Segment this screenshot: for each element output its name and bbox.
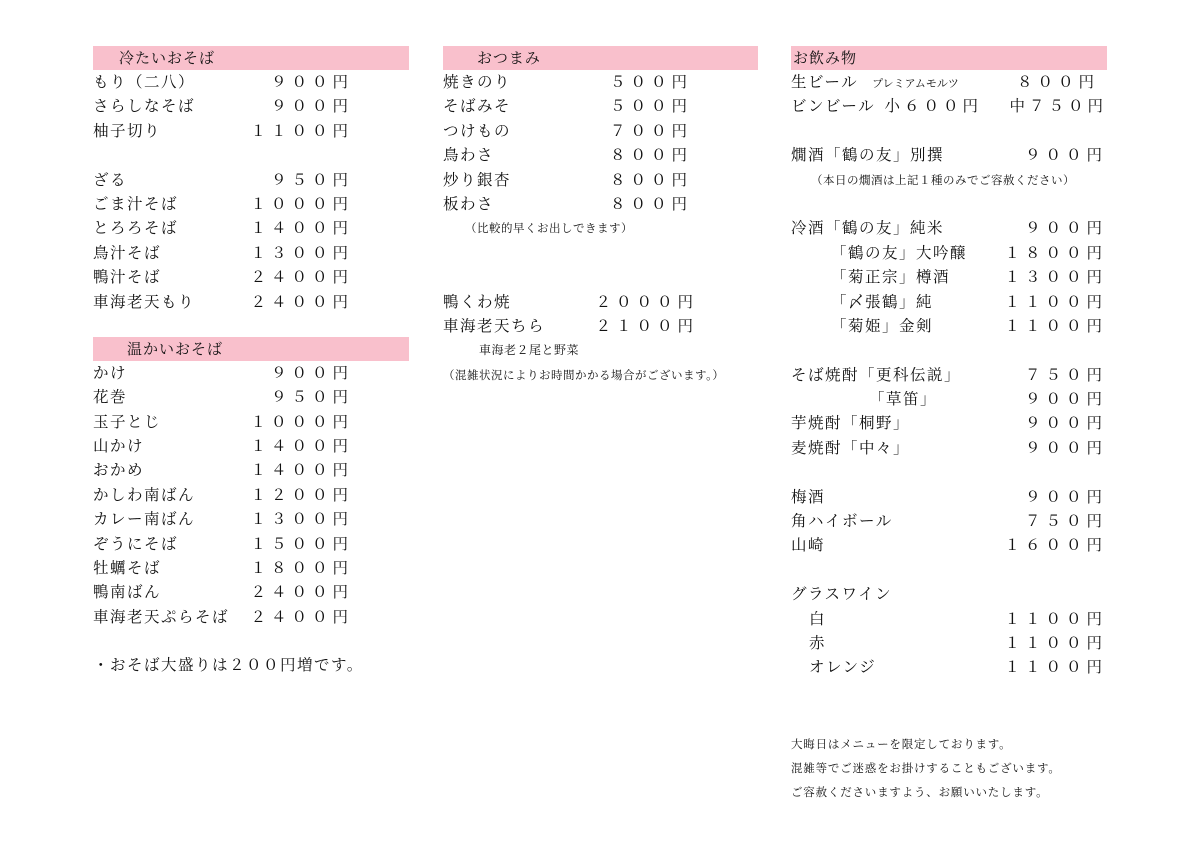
menu-item: 鳥わさ８００円 [443,143,758,167]
menu-item: 「鶴の友」大吟醸１８００円 [791,241,1107,265]
item-price: ８００円 [1017,70,1099,94]
menu-item: ビンビール 小６００円 中７５０円 [791,94,1107,118]
item-name: そばみそ [443,94,511,118]
item-name: 芋焼酎「桐野」 [791,411,910,435]
item-price: ２４００円 [250,265,353,289]
item-price: ８００円 [610,168,692,192]
menu-item: つけもの７００円 [443,119,758,143]
spacer [791,680,1107,732]
item-name: 生ビールプレミアムモルツ [791,70,959,96]
item-price: １１００円 [1004,314,1107,338]
menu-item: 鴨南ばん２４００円 [93,580,409,604]
menu-item: ぞうにそば１５００円 [93,532,409,556]
item-name: 車海老天もり [93,290,195,314]
item-price: ５００円 [610,94,692,118]
column-otsumami: おつまみ 焼きのり５００円 そばみそ５００円 つけもの７００円 鳥わさ８００円 … [443,46,758,387]
item-price: ７５０円 [1025,509,1107,533]
item-price: １１００円 [250,119,353,143]
item-price: ７００円 [610,119,692,143]
menu-item: 鳥汁そば１３００円 [93,241,409,265]
item-name: 鴨汁そば [93,265,161,289]
spacer [93,314,409,337]
item-price: ５００円 [610,70,692,94]
item-name: さらしなそば [93,94,195,118]
spacer [443,241,758,290]
item-price: １１００円 [1004,631,1107,655]
item-name: 鳥汁そば [93,241,161,265]
menu-item: 車海老天もり２４００円 [93,290,409,314]
menu-item: 花巻９５０円 [93,385,409,409]
item-price-small: 小６００円 [884,94,982,118]
wait-time-note: （混雑状況によりお時間かかる場合がございます。） [443,363,733,387]
item-price: ９００円 [1025,143,1107,167]
spacer [791,558,1107,582]
item-name: ごま汁そば [93,192,178,216]
menu-item: 生ビールプレミアムモルツ ８００円 [791,70,1107,94]
item-price: ８００円 [610,192,692,216]
section-title: 冷たいおそば [119,49,215,67]
quick-serve-note: （比較的早くお出しできます） [443,216,758,240]
item-name: かしわ南ばん [93,483,195,507]
item-price: １３００円 [250,241,353,265]
menu-item: かしわ南ばん１２００円 [93,483,409,507]
menu-item: 鴨汁そば２４００円 [93,265,409,289]
item-name: 板わさ [443,192,494,216]
item-price: １５００円 [250,532,353,556]
item-price: １１００円 [1004,290,1107,314]
section-header-hot-soba: 温かいおそば [93,337,409,361]
spacer [93,629,409,653]
item-price-medium: 中７５０円 [1009,94,1107,118]
tenchira-description: 車海老２尾と野菜 [443,338,758,362]
item-name: ぞうにそば [93,532,178,556]
menu-item: おかめ１４００円 [93,458,409,482]
menu-item: 梅酒９００円 [791,485,1107,509]
item-price: ２１００円 [595,314,698,338]
item-name: 焼きのり [443,70,511,94]
menu-item: 「〆張鶴」純１１００円 [791,290,1107,314]
item-price: ７５０円 [1025,363,1107,387]
item-price: １１００円 [1004,655,1107,679]
wine-heading: グラスワイン [791,582,1107,606]
menu-item: 炒り銀杏８００円 [443,168,758,192]
item-name: もり（二八） [93,70,195,94]
menu-item: 「菊正宗」樽酒１３００円 [791,265,1107,289]
menu-item: カレー南ばん１３００円 [93,507,409,531]
item-price: ９００円 [1025,411,1107,435]
item-name: 車海老天ちら [443,314,545,338]
beer-name: 生ビール [791,73,858,91]
menu-item: そばみそ５００円 [443,94,758,118]
menu-item: 「菊姫」金剣１１００円 [791,314,1107,338]
item-name: 山かけ [93,434,144,458]
menu-item: さらしなそば９００円 [93,94,409,118]
menu-item: 鴨くわ焼２０００円 [443,290,758,314]
item-price: ２４００円 [250,605,353,629]
menu-item: とろろそば１４００円 [93,216,409,240]
item-name: 麦焼酎「中々」 [791,436,910,460]
item-name: 鴨南ばん [93,580,161,604]
item-price: ９００円 [1025,387,1107,411]
closing-note: 混雑等でご迷惑をお掛けすることもございます。 [791,756,1107,780]
column-soba: 冷たいおそば もり（二八）９００円 さらしなそば９００円 柚子切り１１００円 ざ… [93,46,409,675]
item-name: ざる [93,168,127,192]
item-name: 「菊正宗」樽酒 [831,265,950,289]
section-header-otsumami: おつまみ [443,46,758,70]
item-price: １０００円 [250,192,353,216]
item-name: 車海老天ぷらそば [93,605,229,629]
menu-item: そば焼酎「更科伝説」７５０円 [791,363,1107,387]
item-name: グラスワイン [791,582,892,606]
menu-item: 角ハイボール７５０円 [791,509,1107,533]
item-price: ８００円 [610,143,692,167]
item-price: １３００円 [1004,265,1107,289]
menu-item: ごま汁そば１０００円 [93,192,409,216]
item-name: おかめ [93,458,144,482]
item-name: オレンジ [809,655,876,679]
item-name: 柚子切り [93,119,161,143]
spacer [791,460,1107,484]
item-price: ９００円 [1025,216,1107,240]
menu-item: 「草笛」９００円 [791,387,1107,411]
item-price: １２００円 [250,483,353,507]
spacer [791,119,1107,143]
large-portion-note: ・おそば大盛りは２００円増です。 [93,653,409,675]
item-name: つけもの [443,119,511,143]
item-price: ９００円 [271,361,353,385]
closing-note: ご容赦くださいますよう、お願いいたします。 [791,780,1107,804]
closing-note: 大晦日はメニューを限定しております。 [791,732,1107,756]
item-price: １４００円 [250,458,353,482]
menu-item: 焼きのり５００円 [443,70,758,94]
item-name: カレー南ばん [93,507,195,531]
menu-item: ざる９５０円 [93,168,409,192]
menu-item: 柚子切り１１００円 [93,119,409,143]
section-header-drinks: お飲み物 [791,46,1107,70]
item-price: ９５０円 [271,385,353,409]
section-title: お飲み物 [793,49,857,67]
item-price: １０００円 [250,410,353,434]
item-name: 「鶴の友」大吟醸 [831,241,967,265]
column-drinks: お飲み物 生ビールプレミアムモルツ ８００円 ビンビール 小６００円 中７５０円… [791,46,1107,804]
item-price: ９００円 [1025,485,1107,509]
menu-item: 山かけ１４００円 [93,434,409,458]
menu-item: オレンジ１１００円 [791,655,1107,679]
item-name: 玉子とじ [93,410,161,434]
item-name: とろろそば [93,216,178,240]
item-price: １６００円 [1004,533,1107,557]
menu-item: 燗酒「鶴の友」別撰９００円 [791,143,1107,167]
menu-item: かけ９００円 [93,361,409,385]
item-name: 梅酒 [791,485,825,509]
menu-item: 白１１００円 [791,607,1107,631]
item-name: 牡蠣そば [93,556,161,580]
item-price: ９００円 [271,70,353,94]
item-name: 「〆張鶴」純 [831,290,933,314]
menu-item: 板わさ８００円 [443,192,758,216]
menu-item: 麦焼酎「中々」９００円 [791,436,1107,460]
item-name: 花巻 [93,385,127,409]
item-price: １４００円 [250,434,353,458]
spacer [93,143,409,167]
menu-item: もり（二八）９００円 [93,70,409,94]
item-price: ２４００円 [250,290,353,314]
item-name: 炒り銀杏 [443,168,511,192]
item-name: かけ [93,361,127,385]
menu-item: 車海老天ぷらそば２４００円 [93,605,409,629]
menu-item: 玉子とじ１０００円 [93,410,409,434]
item-name: 角ハイボール [791,509,893,533]
item-name: ビンビール [791,94,875,118]
item-name: 燗酒「鶴の友」別撰 [791,143,944,167]
item-name: 冷酒「鶴の友」純米 [791,216,944,240]
section-title: 温かいおそば [127,340,223,358]
warm-sake-note: （本日の燗酒は上記１種のみでご容赦ください） [791,168,1107,192]
menu-item: 赤１１００円 [791,631,1107,655]
item-price: ９５０円 [271,168,353,192]
section-header-cold-soba: 冷たいおそば [93,46,409,70]
item-price: １４００円 [250,216,353,240]
spacer [791,192,1107,216]
menu-item: 牡蠣そば１８００円 [93,556,409,580]
item-price: ２０００円 [595,290,698,314]
item-price: ９００円 [1025,436,1107,460]
item-name: 鳥わさ [443,143,494,167]
section-title: おつまみ [477,49,541,67]
menu-item: 冷酒「鶴の友」純米９００円 [791,216,1107,240]
item-price: ２４００円 [250,580,353,604]
menu-item: 山崎１６００円 [791,533,1107,557]
item-price: １３００円 [250,507,353,531]
beer-brand: プレミアムモルツ [872,77,959,90]
menu-item: 芋焼酎「桐野」９００円 [791,411,1107,435]
item-price: １８００円 [1004,241,1107,265]
item-name: 「草笛」 [869,387,937,411]
item-name: 「菊姫」金剣 [831,314,933,338]
item-name: そば焼酎「更科伝説」 [791,363,961,387]
item-price: １８００円 [250,556,353,580]
item-name: 赤 [809,631,826,655]
spacer [791,338,1107,362]
item-price: ９００円 [271,94,353,118]
item-name: 山崎 [791,533,825,557]
item-name: 白 [809,607,826,631]
item-price: １１００円 [1004,607,1107,631]
item-name: 鴨くわ焼 [443,290,511,314]
menu-item: 車海老天ちら２１００円 [443,314,758,338]
